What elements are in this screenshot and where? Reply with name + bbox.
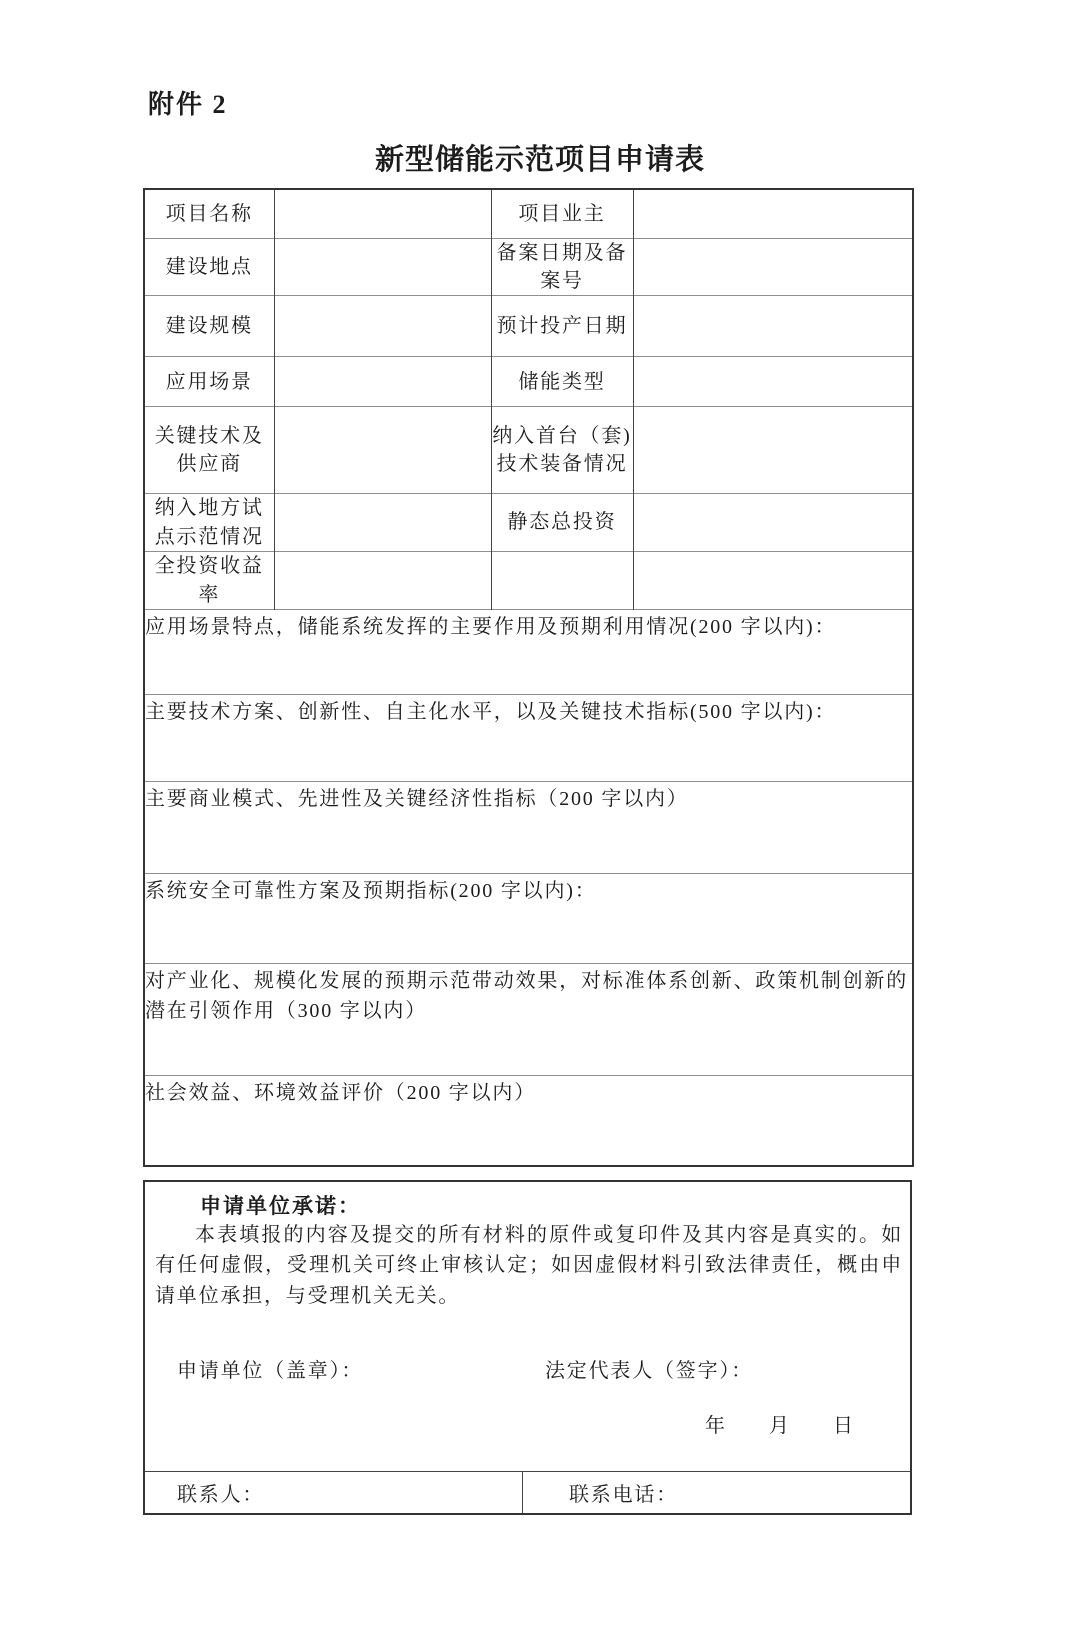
label-expected-production-date: 预计投产日期	[491, 296, 633, 357]
field-application-scenario[interactable]	[274, 357, 491, 407]
date-line[interactable]: 年 月 日	[705, 1409, 853, 1438]
label-key-technology-suppliers: 关键技术及供应商	[144, 407, 274, 494]
label-construction-scale: 建设规模	[144, 296, 274, 357]
section-industrialization-impact-label: 对产业化、规模化发展的预期示范带动效果，对标准体系创新、政策机制创新的潜在引领作…	[145, 964, 912, 1026]
field-total-investment-return-rate[interactable]	[274, 552, 491, 610]
field-construction-scale[interactable]	[274, 296, 491, 357]
field-project-name[interactable]	[274, 189, 491, 238]
commitment-main-area: 申请单位承诺： 本表填报的内容及提交的所有材料的原件或复印件及其内容是真实的。如…	[145, 1182, 910, 1472]
field-local-pilot-demonstration[interactable]	[274, 494, 491, 552]
commitment-heading: 申请单位承诺：	[200, 1190, 361, 1220]
field-project-owner[interactable]	[633, 189, 913, 238]
label-project-name: 项目名称	[144, 189, 274, 238]
label-first-set-equipment-status: 纳入首台（套)技术装备情况	[491, 407, 633, 494]
section-scenario-features-cell[interactable]: 应用场景特点，储能系统发挥的主要作用及预期利用情况(200 字以内)：	[144, 610, 913, 695]
contact-phone-label: 联系电话：	[569, 1478, 678, 1507]
date-month-label: 月	[769, 1409, 789, 1438]
field-first-set-equipment-status[interactable]	[633, 407, 913, 494]
field-empty-cell[interactable]	[633, 552, 913, 610]
label-empty-cell	[491, 552, 633, 610]
section-safety-reliability-cell[interactable]: 系统安全可靠性方案及预期指标(200 字以内)：	[144, 874, 913, 964]
date-day-label: 日	[833, 1409, 853, 1438]
label-storage-type: 储能类型	[491, 357, 633, 407]
field-key-technology-suppliers[interactable]	[274, 407, 491, 494]
section-business-model-label: 主要商业模式、先进性及关键经济性指标（200 字以内）	[145, 782, 912, 814]
contact-person-cell[interactable]: 联系人：	[145, 1472, 523, 1513]
section-safety-reliability-label: 系统安全可靠性方案及预期指标(200 字以内)：	[145, 874, 912, 906]
contact-person-label: 联系人：	[177, 1478, 264, 1507]
field-expected-production-date[interactable]	[633, 296, 913, 357]
contact-row: 联系人： 联系电话：	[145, 1471, 910, 1513]
page-title: 新型储能示范项目申请表	[0, 137, 1080, 178]
field-construction-site[interactable]	[274, 238, 491, 296]
commitment-body-text: 本表填报的内容及提交的所有材料的原件或复印件及其内容是真实的。如有任何虚假，受理…	[155, 1220, 903, 1311]
field-static-total-investment[interactable]	[633, 494, 913, 552]
label-static-total-investment: 静态总投资	[491, 494, 633, 552]
commitment-box: 申请单位承诺： 本表填报的内容及提交的所有材料的原件或复印件及其内容是真实的。如…	[143, 1180, 912, 1515]
attachment-label: 附件 2	[148, 84, 228, 121]
section-social-environmental-benefits-label: 社会效益、环境效益评价（200 字以内）	[145, 1076, 912, 1108]
section-industrialization-impact-cell[interactable]: 对产业化、规模化发展的预期示范带动效果，对标准体系创新、政策机制创新的潜在引领作…	[144, 964, 913, 1076]
label-application-scenario: 应用场景	[144, 357, 274, 407]
section-social-environmental-benefits-cell[interactable]: 社会效益、环境效益评价（200 字以内）	[144, 1076, 913, 1166]
contact-phone-cell[interactable]: 联系电话：	[523, 1472, 910, 1513]
section-technical-scheme-label: 主要技术方案、创新性、自主化水平，以及关键技术指标(500 字以内)：	[145, 695, 912, 727]
label-construction-site: 建设地点	[144, 238, 274, 296]
section-scenario-features-label: 应用场景特点，储能系统发挥的主要作用及预期利用情况(200 字以内)：	[145, 610, 912, 642]
legal-representative-sign-label[interactable]: 法定代表人（签字）：	[545, 1354, 753, 1383]
date-year-label: 年	[705, 1409, 725, 1438]
field-filing-date-and-number[interactable]	[633, 238, 913, 296]
field-storage-type[interactable]	[633, 357, 913, 407]
document-page: 附件 2 新型储能示范项目申请表 项目名称 项目业主 建设地点 备案日期及备案号…	[0, 0, 1080, 1629]
label-total-investment-return-rate: 全投资收益率	[144, 552, 274, 610]
label-project-owner: 项目业主	[491, 189, 633, 238]
applicant-seal-label[interactable]: 申请单位（盖章）：	[177, 1354, 363, 1383]
label-filing-date-and-number: 备案日期及备案号	[491, 238, 633, 296]
section-technical-scheme-cell[interactable]: 主要技术方案、创新性、自主化水平，以及关键技术指标(500 字以内)：	[144, 695, 913, 782]
application-form-table: 项目名称 项目业主 建设地点 备案日期及备案号 建设规模 预计投产日期 应用场景	[143, 188, 914, 1167]
section-business-model-cell[interactable]: 主要商业模式、先进性及关键经济性指标（200 字以内）	[144, 782, 913, 874]
label-local-pilot-demonstration: 纳入地方试点示范情况	[144, 494, 274, 552]
